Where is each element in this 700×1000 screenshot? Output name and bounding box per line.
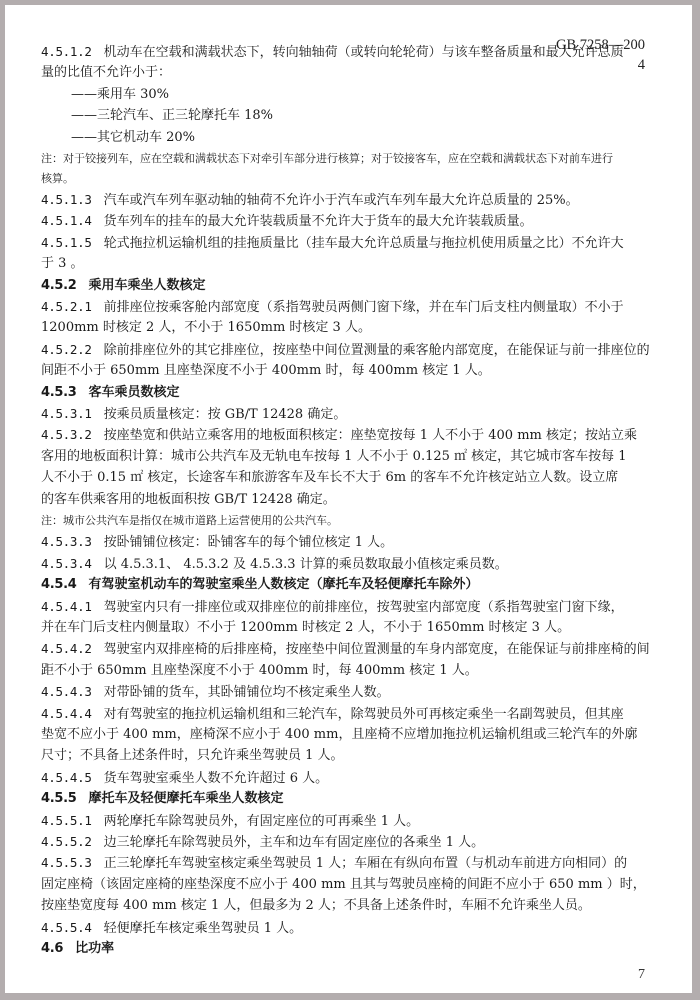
clause-line: 4.5.2.1前排座位按乘客舱内部宽度（系指驾驶员两侧门窗下缘，并在车门后支柱内…	[41, 298, 624, 317]
clause-number: 4.5.1.2	[41, 44, 92, 59]
clause-text: 注：对于铰接列车，应在空载和满载状态下对牵引车部分进行核算；对于铰接客车，应在空…	[41, 152, 613, 165]
note-line: 注：对于铰接列车，应在空载和满载状态下对牵引车部分进行核算；对于铰接客车，应在空…	[41, 150, 613, 168]
clause-number: 4.5.4.3	[41, 684, 92, 699]
clause-text: 按卧铺铺位核定：卧铺客车的每个铺位核定 1 人。	[104, 535, 394, 550]
clause-number: 4.5.3.4	[41, 556, 92, 571]
clause-number: 4.5.3.3	[41, 534, 92, 549]
clause-text: ——乘用车 30%	[71, 87, 169, 102]
clause-number: 4.5.5.1	[41, 813, 92, 828]
clause-line: 人不小于 0.15 ㎡ 核定，长途客车和旅游客车及车长不大于 6m 的客车不允许…	[41, 469, 618, 487]
clause-number: 4.5.2	[41, 278, 77, 293]
clause-text: ——三轮汽车、正三轮摩托车 18%	[71, 108, 273, 123]
clause-number: 4.5.2.2	[41, 342, 92, 357]
clause-text: 量的比值不允许小于：	[41, 65, 171, 80]
clause-text: 除前排座位外的其它排座位，按座垫中间位置测量的乘客舱内部宽度，在能保证与前一排座…	[104, 343, 650, 358]
clause-text: 以 4.5.3.1、 4.5.3.2 及 4.5.3.3 计算的乘员数取最小值核…	[104, 557, 508, 572]
clause-line: 尺寸；不具备上述条件时，只允许乘坐驾驶员 1 人。	[41, 747, 344, 765]
clause-line: 并在车门后支柱内侧量取）不小于 1200mm 时核定 2 人，不小于 1650m…	[41, 619, 570, 637]
clause-line: 4.5.3.3按卧铺铺位核定：卧铺客车的每个铺位核定 1 人。	[41, 533, 393, 552]
section-heading: 4.6比功率	[41, 940, 114, 958]
clause-text: 按乘员质量核定：按 GB/T 12428 确定。	[104, 407, 347, 422]
clause-line: 4.5.4.5货车驾驶室乘坐人数不允许超过 6 人。	[41, 769, 328, 788]
clause-line: 的客车供乘客用的地板面积按 GB/T 12428 确定。	[41, 491, 336, 509]
note-line: 注：城市公共汽车是指仅在城市道路上运营使用的公共汽车。	[41, 512, 338, 530]
clause-text: 客用的地板面积计算：城市公共汽车及无轨电车按每 1 人不小于 0.125 ㎡ 核…	[41, 449, 627, 464]
clause-line: 1200mm 时核定 2 人，不小于 1650mm 时核定 3 人。	[41, 319, 371, 337]
clause-text: 有驾驶室机动车的驾驶室乘坐人数核定（摩托车及轻便摩托车除外）	[89, 577, 479, 592]
clause-line: 4.5.1.3汽车或汽车列车驱动轴的轴荷不允许小于汽车或汽车列车最大允许总质量的…	[41, 191, 579, 210]
clause-line: ——乘用车 30%	[41, 86, 169, 104]
clause-number: 4.5.1.4	[41, 213, 92, 228]
section-heading: 4.5.4有驾驶室机动车的驾驶室乘坐人数核定（摩托车及轻便摩托车除外）	[41, 576, 479, 594]
clause-text: 机动车在空载和满载状态下，转向轴轴荷（或转向轮轮荷）与该车整备质量和最大允许总质	[104, 45, 624, 60]
clause-line: 4.5.5.1两轮摩托车除驾驶员外，有固定座位的可再乘坐 1 人。	[41, 812, 419, 831]
clause-line: 固定座椅（该固定座椅的座垫深度不应小于 400 mm 且其与驾驶员座椅的间距不应…	[41, 876, 646, 894]
clause-text: 的客车供乘客用的地板面积按 GB/T 12428 确定。	[41, 492, 336, 507]
clause-text: 按座垫宽度每 400 mm 核定 1 人，但最多为 2 人；不具备上述条件时，车…	[41, 898, 591, 913]
clause-number: 4.5.4.4	[41, 706, 92, 721]
clause-text: 尺寸；不具备上述条件时，只允许乘坐驾驶员 1 人。	[41, 748, 344, 763]
clause-text: 轻便摩托车核定乘坐驾驶员 1 人。	[104, 921, 303, 936]
clause-line: 4.5.5.4轻便摩托车核定乘坐驾驶员 1 人。	[41, 919, 302, 938]
clause-number: 4.5.4.1	[41, 599, 92, 614]
clause-number: 4.5.5.3	[41, 855, 92, 870]
clause-line: 4.5.3.2按座垫宽和供站立乘客用的地板面积核定：座垫宽按每 1 人不小于 4…	[41, 426, 637, 445]
clause-text: 货车列车的挂车的最大允许装载质量不允许大于货车的最大允许装载质量。	[104, 214, 533, 229]
clause-text: 驾驶室内双排座椅的后排座椅，按座垫中间位置测量的车身内部宽度，在能保证与前排座椅…	[104, 642, 650, 657]
clause-number: 4.5.3	[41, 385, 77, 400]
clause-line: 间距不小于 650mm 且座垫深度不小于 400mm 时，每 400mm 核定 …	[41, 362, 491, 380]
clause-line: 客用的地板面积计算：城市公共汽车及无轨电车按每 1 人不小于 0.125 ㎡ 核…	[41, 448, 627, 466]
clause-text: 注：城市公共汽车是指仅在城市道路上运营使用的公共汽车。	[41, 514, 338, 527]
clause-line: 量的比值不允许小于：	[41, 64, 171, 82]
clause-number: 4.5.4.5	[41, 770, 92, 785]
clause-text: 固定座椅（该固定座椅的座垫深度不应小于 400 mm 且其与驾驶员座椅的间距不应…	[41, 877, 646, 892]
section-heading: 4.5.3客车乘员数核定	[41, 384, 180, 402]
clause-text: 前排座位按乘客舱内部宽度（系指驾驶员两侧门窗下缘，并在车门后支柱内侧量取）不小于	[104, 300, 624, 315]
clause-line: 4.5.4.4对有驾驶室的拖拉机运输机组和三轮汽车，除驾驶员外可再核定乘坐一名副…	[41, 705, 624, 724]
clause-text: 距不小于 650mm 且座垫深度不小于 400mm 时，每 400mm 核定 1…	[41, 663, 478, 678]
clause-text: 客车乘员数核定	[89, 385, 180, 400]
clause-line: 4.5.4.3对带卧铺的货车，其卧铺铺位均不核定乘坐人数。	[41, 683, 390, 702]
clause-number: 4.5.4	[41, 577, 77, 592]
clause-line: 4.5.1.4货车列车的挂车的最大允许装载质量不允许大于货车的最大允许装载质量。	[41, 212, 533, 231]
clause-number: 4.5.5.4	[41, 920, 92, 935]
clause-text: 垫宽不应小于 400 mm，座椅深不应小于 400 mm，且座椅不应增加拖拉机运…	[41, 727, 637, 742]
clause-number: 4.5.4.2	[41, 641, 92, 656]
clause-line: 4.5.5.3正三轮摩托车驾驶室核定乘坐驾驶员 1 人；车厢在有纵向布置（与机动…	[41, 854, 627, 873]
clause-line: 4.5.4.1驾驶室内只有一排座位或双排座位的前排座位，按驾驶室内部宽度（系指驾…	[41, 598, 624, 617]
section-heading: 4.5.5摩托车及轻便摩托车乘坐人数核定	[41, 790, 284, 808]
clause-text: 汽车或汽车列车驱动轴的轴荷不允许小于汽车或汽车列车最大允许总质量的 25%。	[104, 193, 579, 208]
clause-text: 按座垫宽和供站立乘客用的地板面积核定：座垫宽按每 1 人不小于 400 mm 核…	[104, 428, 637, 443]
clause-line: 4.5.5.2边三轮摩托车除驾驶员外，主车和边车有固定座位的各乘坐 1 人。	[41, 833, 484, 852]
clause-text: 摩托车及轻便摩托车乘坐人数核定	[89, 791, 284, 806]
clause-text: 间距不小于 650mm 且座垫深度不小于 400mm 时，每 400mm 核定 …	[41, 363, 491, 378]
clause-line: 4.5.2.2除前排座位外的其它排座位，按座垫中间位置测量的乘客舱内部宽度，在能…	[41, 341, 650, 360]
clause-line: ——三轮汽车、正三轮摩托车 18%	[41, 107, 273, 125]
clause-text: ——其它机动车 20%	[71, 130, 195, 145]
clause-line: 4.5.1.2机动车在空载和满载状态下，转向轴轴荷（或转向轮轮荷）与该车整备质量…	[41, 43, 624, 62]
clause-line: 按座垫宽度每 400 mm 核定 1 人，但最多为 2 人；不具备上述条件时，车…	[41, 897, 591, 915]
clause-text: 对带卧铺的货车，其卧铺铺位均不核定乘坐人数。	[104, 685, 390, 700]
clause-text: 1200mm 时核定 2 人，不小于 1650mm 时核定 3 人。	[41, 320, 371, 335]
page-number: 7	[638, 967, 645, 983]
clause-line: 4.5.1.5轮式拖拉机运输机组的挂拖质量比（挂车最大允许总质量与拖拉机使用质量…	[41, 234, 624, 253]
clause-line: 4.5.3.1按乘员质量核定：按 GB/T 12428 确定。	[41, 405, 346, 424]
clause-number: 4.5.3.2	[41, 427, 92, 442]
clause-text: 人不小于 0.15 ㎡ 核定，长途客车和旅游客车及车长不大于 6m 的客车不允许…	[41, 470, 618, 485]
clause-text: 于 3 。	[41, 256, 84, 271]
clause-number: 4.5.2.1	[41, 299, 92, 314]
clause-text: 比功率	[75, 941, 114, 956]
clause-text: 驾驶室内只有一排座位或双排座位的前排座位，按驾驶室内部宽度（系指驾驶室门窗下缘，	[104, 600, 624, 615]
clause-line: ——其它机动车 20%	[41, 129, 195, 147]
clause-number: 4.5.1.5	[41, 235, 92, 250]
clause-line: 垫宽不应小于 400 mm，座椅深不应小于 400 mm，且座椅不应增加拖拉机运…	[41, 726, 637, 744]
clause-text: 轮式拖拉机运输机组的挂拖质量比（挂车最大允许总质量与拖拉机使用质量之比）不允许大	[104, 236, 624, 251]
clause-line: 距不小于 650mm 且座垫深度不小于 400mm 时，每 400mm 核定 1…	[41, 662, 478, 680]
note-line: 核算。	[41, 170, 74, 188]
clause-text: 并在车门后支柱内侧量取）不小于 1200mm 时核定 2 人，不小于 1650m…	[41, 620, 570, 635]
section-heading: 4.5.2乘用车乘坐人数核定	[41, 277, 206, 295]
clause-text: 货车驾驶室乘坐人数不允许超过 6 人。	[104, 771, 329, 786]
clause-number: 4.5.5	[41, 791, 77, 806]
clause-line: 4.5.4.2驾驶室内双排座椅的后排座椅，按座垫中间位置测量的车身内部宽度，在能…	[41, 640, 650, 659]
clause-number: 4.5.1.3	[41, 192, 92, 207]
clause-text: 对有驾驶室的拖拉机运输机组和三轮汽车，除驾驶员外可再核定乘坐一名副驾驶员，但其座	[104, 707, 624, 722]
clause-text: 两轮摩托车除驾驶员外，有固定座位的可再乘坐 1 人。	[104, 814, 420, 829]
clause-text: 乘用车乘坐人数核定	[89, 278, 206, 293]
clause-line: 4.5.3.4以 4.5.3.1、 4.5.3.2 及 4.5.3.3 计算的乘…	[41, 555, 508, 574]
clause-number: 4.5.3.1	[41, 406, 92, 421]
clause-number: 4.5.5.2	[41, 834, 92, 849]
clause-text: 核算。	[41, 172, 74, 185]
clause-number: 4.6	[41, 941, 63, 956]
clause-text: 正三轮摩托车驾驶室核定乘坐驾驶员 1 人；车厢在有纵向布置（与机动车前进方向相同…	[104, 856, 628, 871]
clause-text: 边三轮摩托车除驾驶员外，主车和边车有固定座位的各乘坐 1 人。	[104, 835, 485, 850]
clause-line: 于 3 。	[41, 255, 84, 273]
document-page: GB 7258—200 4 4.5.1.2机动车在空载和满载状态下，转向轴轴荷（…	[5, 5, 692, 993]
